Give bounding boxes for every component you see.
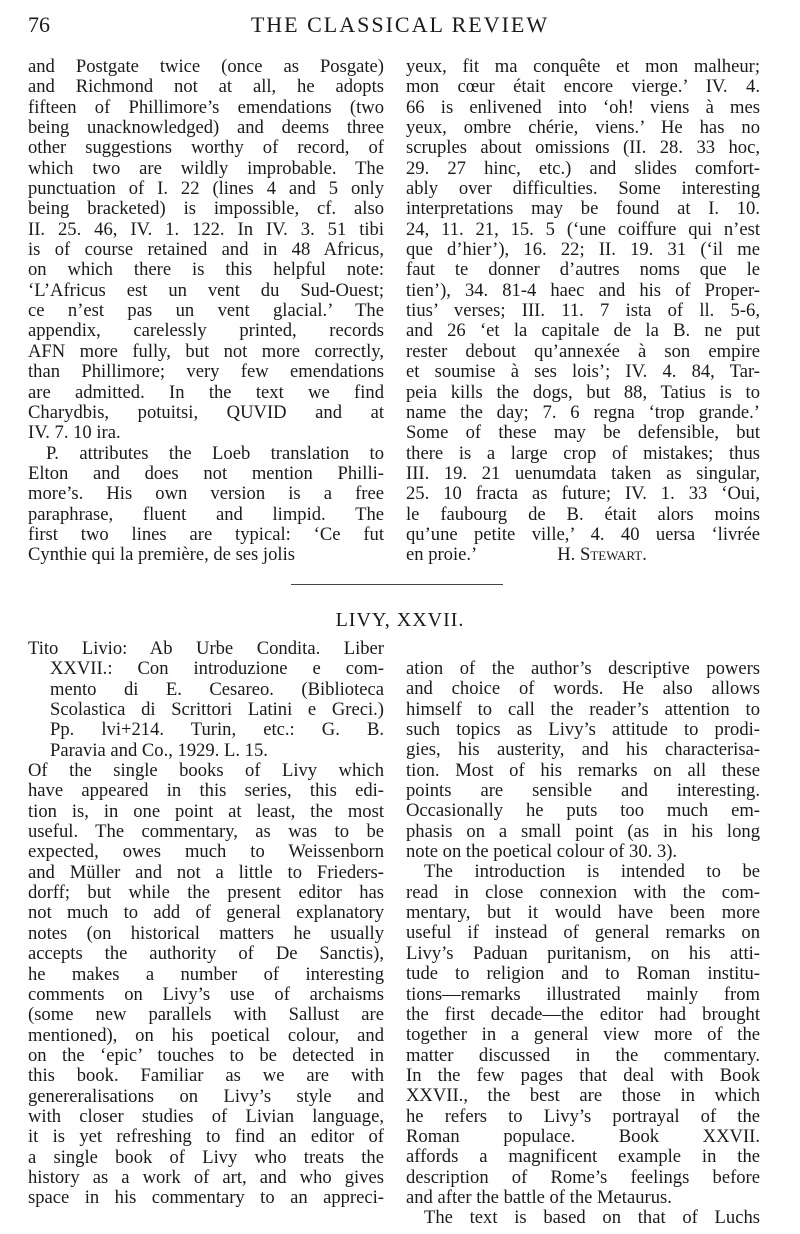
citation-line: Tito Livio: Ab Urbe Condita. Liber [28,639,384,659]
text-line: matter discussed in the commentary. [406,1046,760,1066]
text-line: ce n’est pas un vent glacial.’ The [28,301,384,321]
text-line: this book. Familiar as we are with [28,1066,384,1086]
text-line: and Müller and not a little to Frieders- [28,863,384,883]
text-line: yeux, ombre chérie, viens.’ He has no [406,118,760,138]
text-line: Occasionally he puts too much em- [406,801,760,821]
text-line: appendix, carelessly printed, records [28,321,384,341]
text-line: Roman populace. Book XXVII. [406,1127,760,1147]
text-line: space in his commentary to an appreci- [28,1188,384,1208]
text-line: accepts the authority of De Sanctis), [28,944,384,964]
text-line: mon cœur était encore vierge.’ IV. 4. [406,77,760,97]
text-line: there is a large crop of mistakes; thus [406,444,760,464]
text-line: such topics as Livy’s attitude to prodi- [406,720,760,740]
text-line: with closer studies of Livian language, [28,1107,384,1127]
text-line: le faubourg de B. était alors moins [406,505,760,525]
text-line: 24, 11. 21, 15. 5 (‘une coiffure qui n’e… [406,220,760,240]
text-line: together in a general view more of the [406,1025,760,1045]
text-line: the first decade—the editor had brought [406,1005,760,1025]
text-line: 66 is enlivened into ‘oh! viens à mes [406,98,760,118]
text-line: peia kills the dogs, but 88, Tatius is t… [406,383,760,403]
text-line: The introduction is intended to be [406,862,760,882]
text-line: fifteen of Phillimore’s emendations (two [28,98,384,118]
text-line: ‘L’Africus est un vent du Sud-Ouest; [28,281,384,301]
text-line: IV. 7. 10 ira. [28,423,384,443]
text-line: et soumise à ses lois’; IV. 4. 84, Tar- [406,362,760,382]
text-line: AFN more fully, but not more correctly, [28,342,384,362]
text-line: are admitted. In the text we find [28,383,384,403]
section-title: LIVY, XXVII. [0,609,800,632]
text-line: being bracketed) is impossible, cf. also [28,199,384,219]
text-line: and 26 ‘et la capitale de la B. ne put [406,321,760,341]
text-line: himself to call the reader’s attention t… [406,700,760,720]
book-citation: Tito Livio: Ab Urbe Condita. LiberXXVII.… [28,639,384,761]
text-line: II. 25. 46, IV. 1. 122. In IV. 3. 51 tib… [28,220,384,240]
text-line: interpretations may be found at I. 10. [406,199,760,219]
text-line: on which there is this helpful note: [28,260,384,280]
text-line: and after the battle of the Metaurus. [406,1188,760,1208]
text-line: III. 19. 21 uenumdata taken as singular, [406,464,760,484]
text-line: en proie.’H. Stewart. [406,545,760,565]
author-signature: H. Stewart. [557,545,647,565]
text-line: tude to religion and to Roman institu- [406,964,760,984]
text-line: it is yet refreshing to find an editor o… [28,1127,384,1147]
text-line: notes (on historical matters he usually [28,924,384,944]
text-line: tions—remarks illustrated mainly from [406,985,760,1005]
text-line: XXVII., the best are those in which [406,1086,760,1106]
text-line: read in close connexion with the com- [406,883,760,903]
text-line: expected, owes much to Weissenborn [28,842,384,862]
text-line: affords a magnificent example in the [406,1147,760,1167]
text-line: history as a work of art, and who gives [28,1168,384,1188]
text-line: is of course retained and in 48 Africus, [28,240,384,260]
text-line: than Phillimore; very few emendations [28,362,384,382]
text-line: gies, his austerity, and his characteris… [406,740,760,760]
text-line: a single book of Livy who treats the [28,1148,384,1168]
review-1-left-column: and Postgate twice (once as Posgate)and … [28,57,384,566]
text-line: useful if instead of general remarks on [406,923,760,943]
text-line: which two are wildly improbable. The [28,159,384,179]
text-line: The text is based on that of Luchs [406,1208,760,1228]
text-line: genereralisations on Livy’s style and [28,1087,384,1107]
text-line: ably over difficulties. Some interesting [406,179,760,199]
text-line: have appeared in this series, this edi- [28,781,384,801]
text-line: punctuation of I. 22 (lines 4 and 5 only [28,179,384,199]
text-line: first two lines are typical: ‘Ce fut [28,525,384,545]
text-line: not much to add of general explanatory [28,903,384,923]
review-2-left-column: Tito Livio: Ab Urbe Condita. LiberXXVII.… [28,639,384,1209]
text-line: que d’hier’), 16. 22; II. 19. 31 (‘il me [406,240,760,260]
text-line: phasis on a small point (as in his long [406,822,760,842]
text-line: Livy’s Paduan puritanism, on his atti- [406,944,760,964]
text-line: note on the poetical colour of 30. 3). [406,842,760,862]
text-line: dorff; but while the present editor has [28,883,384,903]
text-line: In the few pages that deal with Book [406,1066,760,1086]
text-line: paraphrase, fluent and limpid. The [28,505,384,525]
text-line: scruples about omissions (II. 28. 33 hoc… [406,138,760,158]
text-line: name the day; 7. 6 regna ‘trop grande.’ [406,403,760,423]
text-line: qu’une petite ville,’ 4. 40 uersa ‘livré… [406,525,760,545]
section-divider [291,584,503,585]
citation-line: Paravia and Co., 1929. L. 15. [28,741,384,761]
text-line: on the ‘epic’ touches to be detected in [28,1046,384,1066]
text-line: he makes a number of interesting [28,965,384,985]
text-line: Of the single books of Livy which [28,761,384,781]
text-line: comments on Livy’s use of archaisms [28,985,384,1005]
text-line: and Postgate twice (once as Posgate) [28,57,384,77]
text-line: tion. Most of his remarks on all these [406,761,760,781]
text-line: Cynthie qui la première, de ses jolis [28,545,384,565]
citation-line: XXVII.: Con introduzione e com- [28,659,384,679]
citation-line: Pp. lvi+214. Turin, etc.: G. B. [28,720,384,740]
text-line: and Richmond not at all, he adopts [28,77,384,97]
review-1-right-column: yeux, fit ma conquête et mon malheur;mon… [406,57,760,566]
text-line: rester debout qu’annexée à son empire [406,342,760,362]
text-line: more’s. His own version is a free [28,484,384,504]
text-line: tius’ verses; III. 11. 7 ista of ll. 5-6… [406,301,760,321]
text-line: tion is, in one point at least, the most [28,802,384,822]
text-line: useful. The commentary, as was to be [28,822,384,842]
text-line: tien’), 34. 81-4 haec and his of Proper- [406,281,760,301]
text-line: Some of these may be defensible, but [406,423,760,443]
review-2-right-column: ation of the author’s descriptive powers… [406,659,760,1229]
text-line: (some new parallels with Sallust are [28,1005,384,1025]
text-line: points are sensible and interesting. [406,781,760,801]
text-line: being unacknowledged) and deems three [28,118,384,138]
text-line: mentioned), on his poetical colour, and [28,1026,384,1046]
citation-line: Scolastica di Scrittori Latini e Greci.) [28,700,384,720]
citation-line: mento di E. Cesareo. (Biblioteca [28,680,384,700]
running-head: THE CLASSICAL REVIEW [0,12,800,38]
text-line: 25. 10 fracta as future; IV. 1. 33 ‘Oui, [406,484,760,504]
text-line: 29. 27 hinc, etc.) and slides comfort- [406,159,760,179]
text-line: yeux, fit ma conquête et mon malheur; [406,57,760,77]
text-line: other suggestions worthy of record, of [28,138,384,158]
text-line: Elton and does not mention Philli- [28,464,384,484]
text-line: description of Rome’s feelings before [406,1168,760,1188]
text-line: faut te donner d’autres noms que le [406,260,760,280]
text-line: ation of the author’s descriptive powers [406,659,760,679]
text-line: he refers to Livy’s portrayal of the [406,1107,760,1127]
text-line: P. attributes the Loeb translation to [28,444,384,464]
text-line: Charydbis, potuitsi, QUVID and at [28,403,384,423]
text-line: and choice of words. He also allows [406,679,760,699]
text-line: mentary, but it would have been more [406,903,760,923]
